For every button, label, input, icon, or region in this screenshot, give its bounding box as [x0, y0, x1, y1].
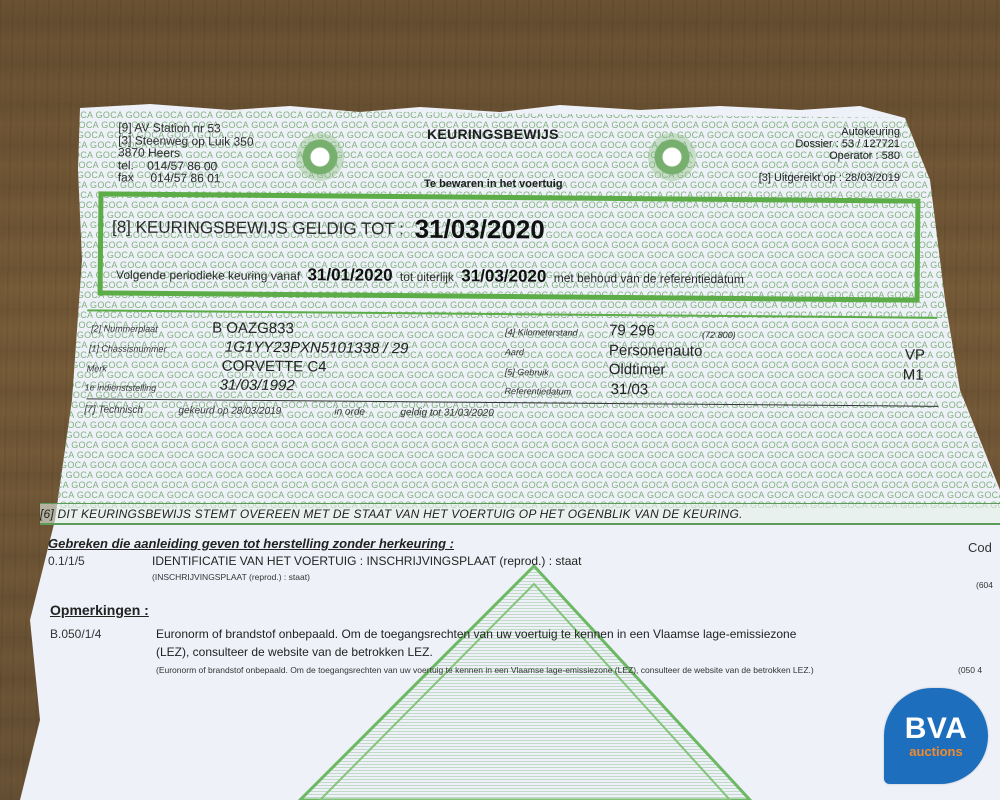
- remark-code: B.050/1/4: [50, 627, 101, 641]
- previous-mileage: (72 800): [702, 330, 736, 340]
- next-inspection-to: 31/03/2020: [461, 266, 546, 286]
- document-subtitle: Te bewaren in het voertuig: [424, 178, 563, 190]
- next-inspection-suffix: met behoud van de referentiedatum: [554, 271, 744, 286]
- bva-auctions-logo: BVA auctions: [884, 688, 988, 784]
- remark-text-line1: Euronorm of brandstof onbepaald. Om de t…: [156, 627, 796, 641]
- remark-text-line2: (LEZ), consulteer de website van de betr…: [156, 645, 433, 659]
- plate-label: [2] Nummerplaat: [91, 323, 158, 334]
- mileage-label: [4] Kilometerstand: [505, 327, 578, 338]
- goca-diamond-watermark-icon: [280, 560, 760, 800]
- kind-value: Personenauto: [609, 342, 703, 360]
- goca-eye-logo-icon: [648, 133, 696, 181]
- operator-number: Operator : 580: [730, 150, 900, 162]
- make-value: CORVETTE C4: [222, 358, 327, 376]
- chassis-value: 1G1YY23PXN5101338 / 29: [225, 339, 409, 358]
- bva-logo-text: BVA: [905, 714, 968, 744]
- defects-heading: Gebreken die aanleiding geven tot herste…: [48, 536, 454, 551]
- remark-subtext: (Euronorm of brandstof onbepaald. Om de …: [156, 665, 814, 675]
- kind-code: VP: [905, 347, 925, 364]
- document-title: KEURINGSBEWIJS: [427, 126, 559, 142]
- remarks-heading: Opmerkingen :: [50, 602, 149, 618]
- technical-status: in orde: [334, 407, 365, 418]
- inspection-type: Autokeuring: [730, 126, 900, 138]
- defect-ref: (604: [976, 580, 993, 590]
- technical-inspected: gekeurd op 28/03/2019: [178, 405, 281, 417]
- dossier-number: Dossier : 53 / 127721: [730, 138, 900, 150]
- code-column-header: Cod: [968, 540, 992, 555]
- make-label: Merk: [87, 363, 107, 373]
- plate-value: B OAZG833: [212, 320, 294, 338]
- validity-line: [8] KEURINGSBEWIJS GELDIG TOT : 31/03/20…: [112, 211, 545, 245]
- bva-logo-subtext: auctions: [909, 745, 962, 759]
- usage-value: Oldtimer: [609, 361, 666, 378]
- first-registration-label: 1e indienststelling: [85, 382, 157, 393]
- next-inspection-mid: tot uiterlijk: [400, 270, 454, 284]
- vehicle-data: [2] Nummerplaat B OAZG833 [1] Chassisnum…: [0, 0, 1000, 4]
- technical-label: [7] Technisch: [84, 404, 143, 416]
- defect-subtext: (INSCHRIJVINGSPLAAT (reprod.) : staat): [152, 572, 310, 582]
- goca-eye-logo-icon: [296, 133, 344, 181]
- valid-until-date: 31/03/2020: [415, 214, 545, 245]
- reference-date-label: Referentiedatum: [505, 386, 572, 397]
- dossier-info: Autokeuring Dossier : 53 / 127721 Operat…: [730, 126, 900, 184]
- chassis-label: [1] Chassisnummer: [89, 343, 167, 354]
- usage-label: [5] Gebruik: [505, 367, 549, 377]
- conformity-statement: [6] DIT KEURINGSBEWIJS STEMT OVEREEN MET…: [40, 507, 743, 521]
- issue-date: [3] Uitgereikt op : 28/03/2019: [730, 172, 900, 184]
- technical-valid-until: geldig tot 31/03/2020: [400, 407, 494, 419]
- station-fax: fax 014/57 86 01: [118, 171, 254, 185]
- reference-date-value: 31/03: [611, 381, 649, 398]
- station-address: [9] AV Station nr 53 [3] Steenweg op Lui…: [118, 121, 254, 185]
- mileage-value: 79 296: [609, 322, 655, 339]
- next-inspection-prefix: Volgende periodieke keuring vanaf: [116, 268, 300, 283]
- first-registration-value: 31/03/1992: [220, 377, 295, 395]
- remark-ref: (050 4: [958, 665, 982, 675]
- kind-label: Aard: [505, 347, 524, 357]
- next-inspection-from: 31/01/2020: [307, 265, 392, 285]
- defect-code: 0.1/1/5: [48, 554, 85, 568]
- category-code: M1: [903, 367, 924, 384]
- inspection-certificate-photo: GOCA GOCA GOCA GOCA GOCA GOCA GOCA GOCA …: [0, 0, 1000, 800]
- defect-text: IDENTIFICATIE VAN HET VOERTUIG : INSCHRI…: [152, 554, 581, 568]
- validity-label: [8] KEURINGSBEWIJS GELDIG TOT :: [112, 217, 404, 238]
